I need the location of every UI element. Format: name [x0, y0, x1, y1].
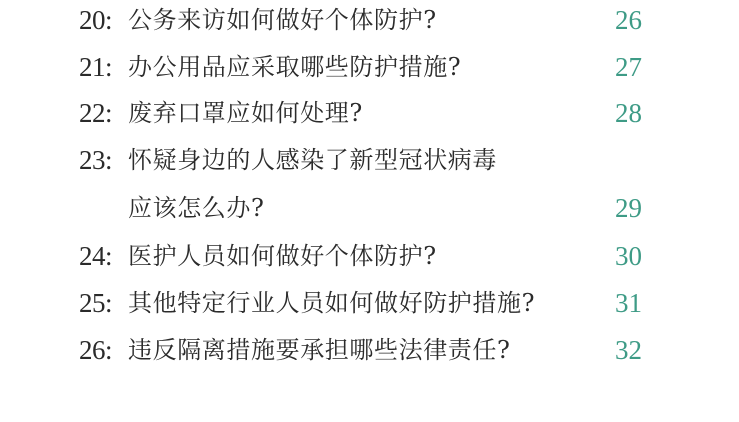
toc-entry-page-number: 30 — [615, 236, 642, 276]
toc-entry-page-number: 26 — [615, 0, 642, 40]
toc-entry-page-number: 28 — [615, 93, 642, 133]
toc-entry-24[interactable]: 24: 医护人员如何做好个体防护? 30 — [0, 236, 739, 276]
toc-entry-22[interactable]: 22: 废弃口罩应如何处理? 28 — [0, 93, 739, 133]
toc-entry-number: 21: — [79, 47, 112, 87]
table-of-contents: 20: 公务来访如何做好个体防护? 26 21: 办公用品应采取哪些防护措施? … — [0, 0, 739, 422]
toc-entry-number: 25: — [79, 283, 112, 323]
toc-entry-number: 26: — [79, 330, 112, 370]
toc-entry-page-number: 29 — [615, 188, 642, 228]
toc-entry-page-number: 31 — [615, 283, 642, 323]
toc-entry-title-continued: 应该怎么办? — [128, 188, 264, 228]
toc-entry-title: 医护人员如何做好个体防护? — [128, 236, 437, 276]
toc-entry-23[interactable]: 23: 怀疑身边的人感染了新型冠状病毒 — [0, 140, 739, 180]
toc-entry-23-continued[interactable]: 应该怎么办? 29 — [0, 188, 739, 228]
toc-entry-number: 20: — [79, 0, 112, 40]
toc-entry-title: 违反隔离措施要承担哪些法律责任? — [128, 330, 510, 370]
toc-entry-title: 其他特定行业人员如何做好防护措施? — [128, 283, 535, 323]
toc-entry-number: 22: — [79, 93, 112, 133]
toc-entry-26[interactable]: 26: 违反隔离措施要承担哪些法律责任? 32 — [0, 330, 739, 370]
toc-entry-page-number: 27 — [615, 47, 642, 87]
toc-entry-page-number: 32 — [615, 330, 642, 370]
toc-entry-title: 废弃口罩应如何处理? — [128, 93, 363, 133]
toc-entry-title: 怀疑身边的人感染了新型冠状病毒 — [128, 140, 497, 180]
toc-entry-21[interactable]: 21: 办公用品应采取哪些防护措施? 27 — [0, 47, 739, 87]
toc-entry-20[interactable]: 20: 公务来访如何做好个体防护? 26 — [0, 0, 739, 40]
toc-entry-25[interactable]: 25: 其他特定行业人员如何做好防护措施? 31 — [0, 283, 739, 323]
toc-entry-title: 办公用品应采取哪些防护措施? — [128, 47, 461, 87]
toc-entry-title: 公务来访如何做好个体防护? — [128, 0, 437, 40]
toc-entry-number: 23: — [79, 140, 112, 180]
toc-entry-number: 24: — [79, 236, 112, 276]
